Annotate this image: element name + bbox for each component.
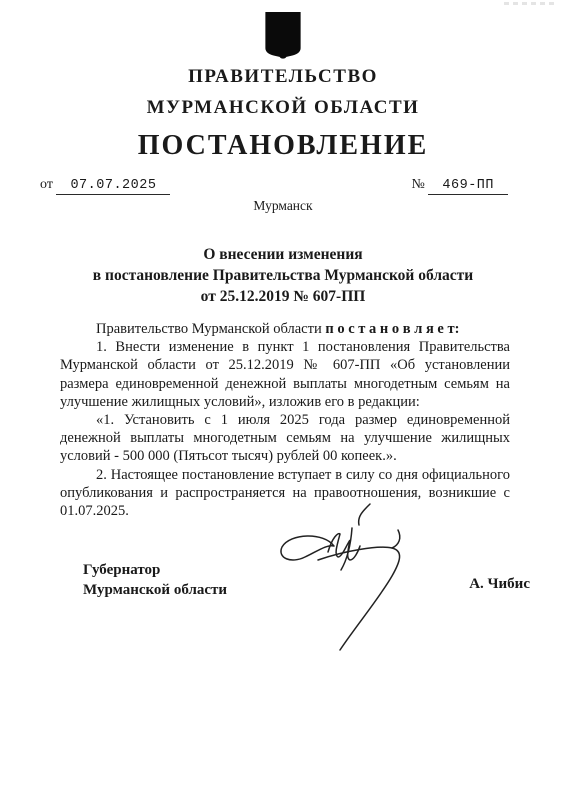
date-group: от 07.07.2025 bbox=[40, 177, 170, 195]
city-label: Мурманск bbox=[0, 198, 566, 214]
scan-artifact bbox=[504, 2, 556, 5]
signatory-position-line1: Губернатор bbox=[83, 560, 227, 580]
document-type-title: ПОСТАНОВЛЕНИЕ bbox=[0, 130, 566, 162]
decree-title-line2: в постановление Правительства Мурманской… bbox=[0, 265, 566, 286]
meta-row: от 07.07.2025 № 469-ПП bbox=[40, 177, 508, 195]
signatory-position: Губернатор Мурманской области bbox=[83, 560, 227, 600]
number-value: 469-ПП bbox=[428, 178, 508, 195]
number-label: № bbox=[412, 177, 425, 192]
decree-title-line1: О внесении изменения bbox=[0, 244, 566, 265]
org-name-line2: МУРМАНСКОЙ ОБЛАСТИ bbox=[0, 97, 566, 119]
number-group: № 469-ПП bbox=[412, 177, 508, 195]
decree-title: О внесении изменения в постановление Пра… bbox=[0, 244, 566, 307]
decree-body: Правительство Мурманской области п о с т… bbox=[60, 320, 510, 520]
emblem-container bbox=[0, 0, 566, 59]
date-value: 07.07.2025 bbox=[56, 178, 170, 195]
signature-block: Губернатор Мурманской области А. Чибис bbox=[83, 560, 530, 600]
signatory-name: А. Чибис bbox=[469, 574, 530, 600]
preamble-text: Правительство Мурманской области bbox=[96, 321, 325, 337]
org-name-line1: ПРАВИТЕЛЬСТВО bbox=[0, 66, 566, 88]
coat-of-arms-icon bbox=[264, 12, 302, 59]
preamble-paragraph: Правительство Мурманской области п о с т… bbox=[60, 320, 510, 338]
decree-document-page: ПРАВИТЕЛЬСТВО МУРМАНСКОЙ ОБЛАСТИ ПОСТАНО… bbox=[0, 0, 566, 800]
body-paragraph-2: «1. Установить с 1 июля 2025 года размер… bbox=[60, 411, 510, 466]
decree-title-line3: от 25.12.2019 № 607-ПП bbox=[0, 286, 566, 307]
signatory-position-line2: Мурманской области bbox=[83, 580, 227, 600]
body-paragraph-1: 1. Внести изменение в пункт 1 постановле… bbox=[60, 338, 510, 411]
preamble-resolves-word: п о с т а н о в л я е т: bbox=[325, 321, 459, 337]
date-label: от bbox=[40, 177, 53, 192]
body-paragraph-3: 2. Настоящее постановление вступает в си… bbox=[60, 466, 510, 521]
